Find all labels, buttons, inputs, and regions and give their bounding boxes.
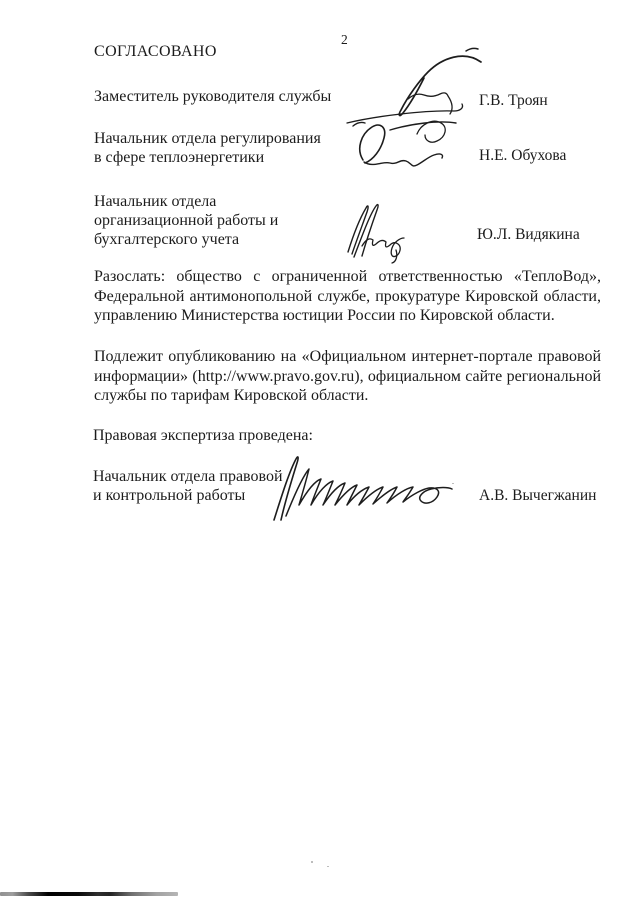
legal-review-note: Правовая экспертиза проведена: (93, 426, 313, 445)
signatory-name: Н.Е. Обухова (479, 147, 566, 165)
signature-vidyakina (338, 200, 408, 264)
signatory-name: Ю.Л. Видякина (477, 226, 580, 244)
document-page: 2 СОГЛАСОВАНО Заместитель руководителя с… (0, 0, 640, 905)
signatory-title: Начальник отдела правовой и контрольной … (93, 467, 283, 505)
signatory-name: А.В. Вычегжанин (479, 487, 596, 505)
paragraph-line: Разослать: общество с ограниченной ответ… (94, 267, 601, 287)
paragraph-line: информации» (http://www.pravo.gov.ru), о… (94, 367, 601, 387)
signature-obukhova (346, 116, 462, 176)
approval-header: СОГЛАСОВАНО (94, 42, 217, 61)
scan-speck (327, 866, 329, 867)
signatory-title: Заместитель руководителя службы (94, 87, 331, 106)
publication-paragraph: Подлежит опубликованию на «Официальном и… (94, 347, 601, 406)
signatory-name: Г.В. Троян (479, 92, 548, 110)
signature-vychegzhanin (258, 452, 463, 524)
scan-edge-artifact (0, 892, 178, 896)
paragraph-line: управлению Министерства юстиции России п… (94, 306, 601, 326)
paragraph-line: Подлежит опубликованию на «Официальном и… (94, 347, 601, 367)
paragraph-line: службы по тарифам Кировской области. (94, 386, 601, 406)
signatory-title: Начальник отдела регулирования в сфере т… (94, 129, 321, 167)
scan-speck (452, 483, 454, 484)
distribution-paragraph: Разослать: общество с ограниченной ответ… (94, 267, 601, 326)
scan-speck (311, 861, 313, 863)
paragraph-line: Федеральной антимонопольной службе, прок… (94, 287, 601, 307)
signatory-title: Начальник отдела организационной работы … (94, 192, 278, 249)
